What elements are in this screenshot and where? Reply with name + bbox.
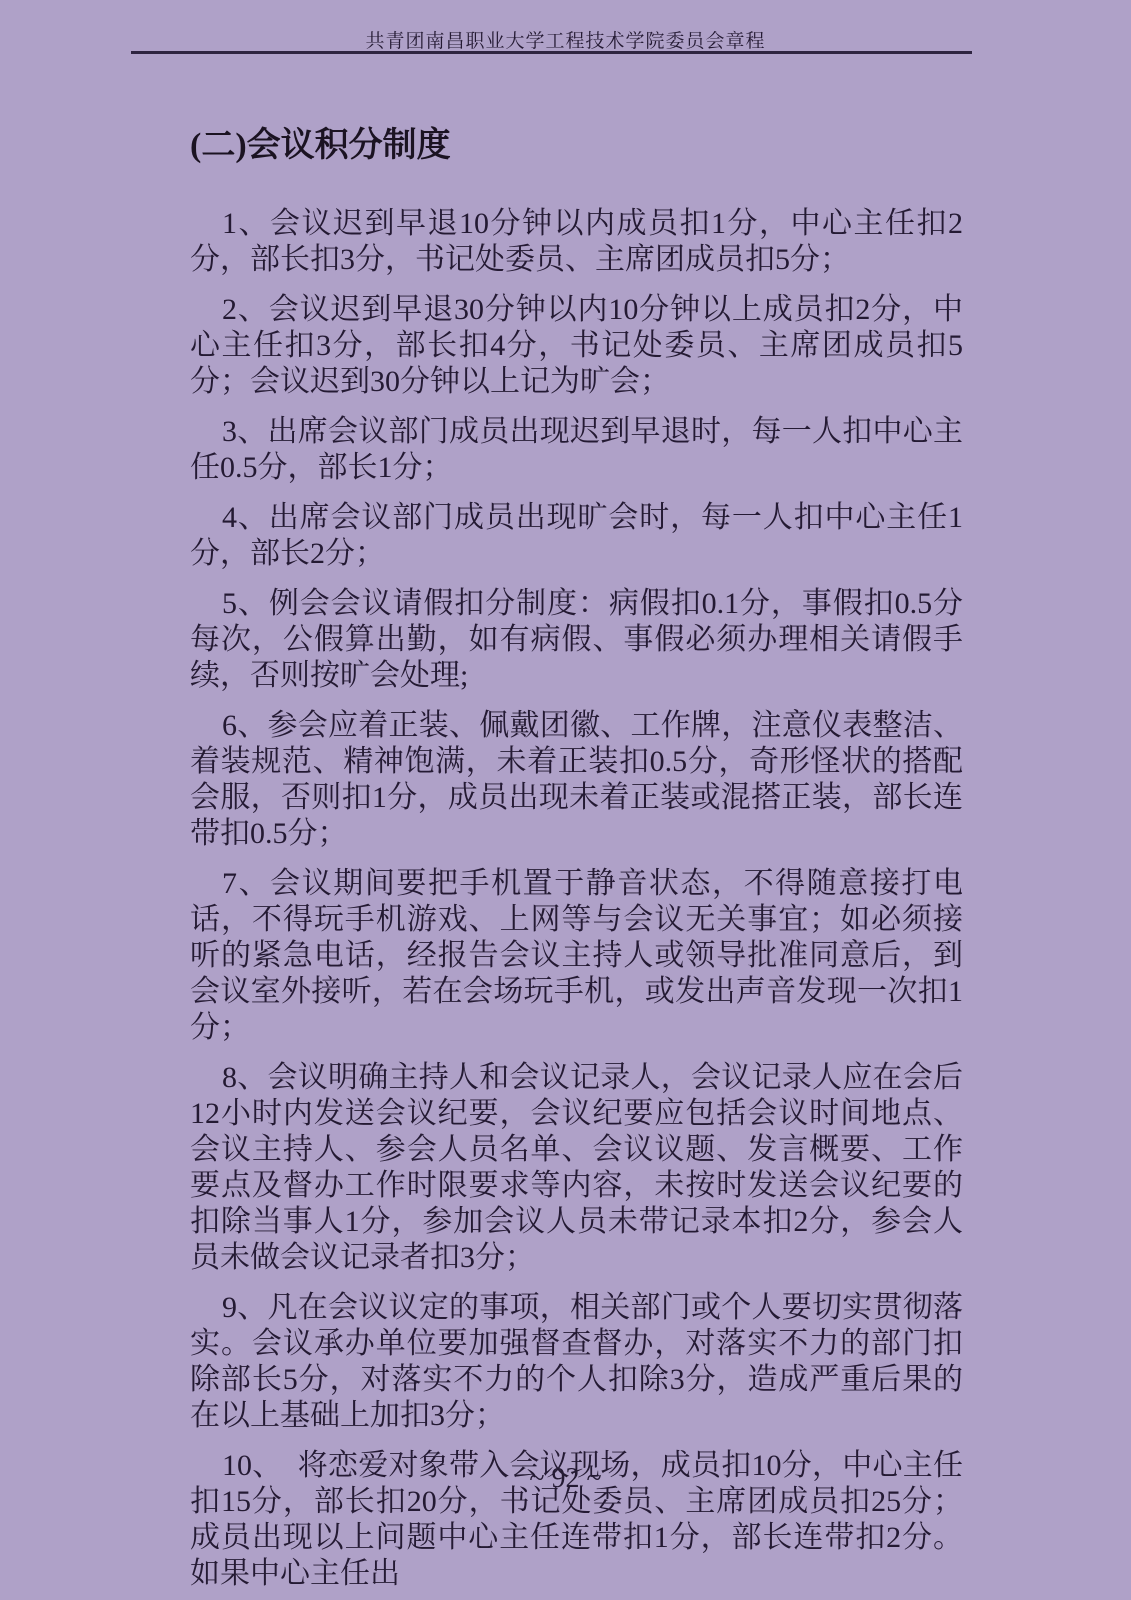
document-body: (二)会议积分制度 1、会议迟到早退10分钟以内成员扣1分，中心主任扣2分，部长… — [190, 124, 963, 1600]
page-number: ~ 92 ~ — [0, 1463, 1131, 1495]
section-title: (二)会议积分制度 — [190, 124, 963, 168]
rule-item-9: 9、凡在会议议定的事项，相关部门或个人要切实贯彻落实。会议承办单位要加强督查督办… — [190, 1290, 963, 1434]
rule-item-8: 8、会议明确主持人和会议记录人，会议记录人应在会后12小时内发送会议纪要，会议纪… — [190, 1060, 963, 1276]
header-divider — [131, 51, 972, 54]
rule-item-7: 7、会议期间要把手机置于静音状态，不得随意接打电话，不得玩手机游戏、上网等与会议… — [190, 866, 963, 1046]
page-header-title: 共青团南昌职业大学工程技术学院委员会章程 — [0, 26, 1131, 53]
rule-item-4: 4、出席会议部门成员出现旷会时，每一人扣中心主任1分，部长2分； — [190, 500, 963, 572]
rule-item-5: 5、例会会议请假扣分制度：病假扣0.1分，事假扣0.5分每次，公假算出勤，如有病… — [190, 586, 963, 694]
rule-item-1: 1、会议迟到早退10分钟以内成员扣1分，中心主任扣2分，部长扣3分，书记处委员、… — [190, 206, 963, 278]
rule-item-3: 3、出席会议部门成员出现迟到早退时，每一人扣中心主任0.5分，部长1分； — [190, 414, 963, 486]
rule-item-2: 2、会议迟到早退30分钟以内10分钟以上成员扣2分，中心主任扣3分，部长扣4分，… — [190, 292, 963, 400]
rule-item-6: 6、参会应着正装、佩戴团徽、工作牌，注意仪表整洁、着装规范、精神饱满，未着正装扣… — [190, 708, 963, 852]
